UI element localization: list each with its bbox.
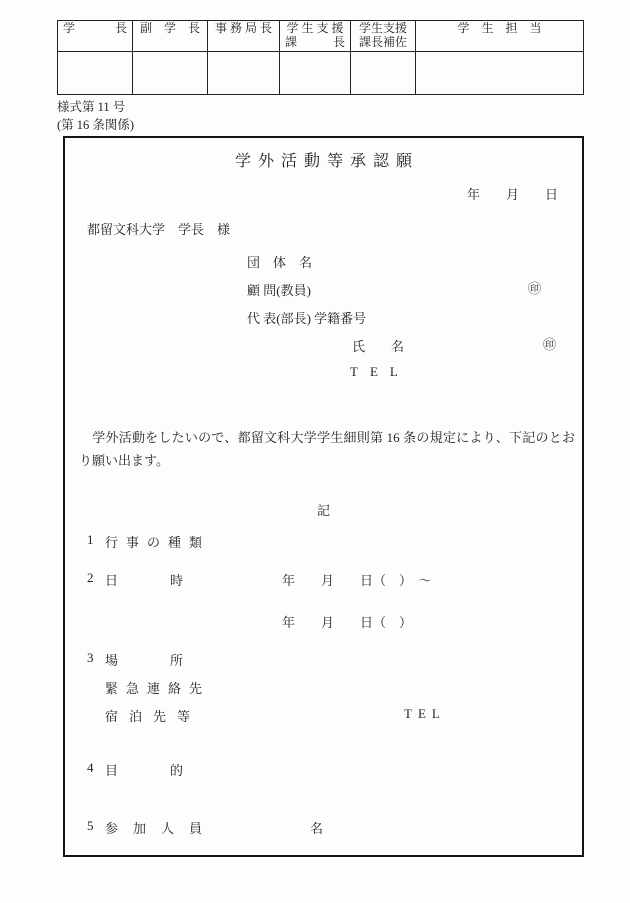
- body-paragraph: 学外活動をしたいので、都留文科大学学生細則第 16 条の規定により、下記のとおり…: [79, 426, 575, 472]
- item-4-label: 目 的: [105, 760, 183, 779]
- item-5-label: 参加人員: [105, 818, 217, 837]
- header-student-support-line2-left: 課: [285, 36, 297, 50]
- addressee-line: 都留文科大学 学長 様: [87, 219, 230, 238]
- form-number: 様式第 11 号: [57, 97, 125, 115]
- header-vice-president-label: 副 学 長: [136, 22, 204, 36]
- approval-stamp-table: 学 長 副 学 長 事 務 局 長 学 生 支 援 課 長 学生支援 課長補佐: [57, 20, 584, 95]
- header-student-staff-label: 学 生 担 当: [419, 22, 580, 36]
- seal-mark-name: ㊞: [543, 334, 556, 353]
- item-5-unit: 名: [310, 818, 323, 837]
- item-2-date-from: 年 月 日（ ） ～: [282, 570, 432, 589]
- header-cell-student-staff: 学 生 担 当: [416, 21, 584, 52]
- stamp-cell-assistant-chief: [351, 51, 416, 94]
- item-2-number: 2: [87, 570, 94, 586]
- header-student-support-line2-right: 長: [333, 36, 345, 50]
- header-president-right: 長: [115, 22, 127, 36]
- stamp-cell-student-staff: [416, 51, 584, 94]
- field-name: 氏 名: [352, 336, 404, 355]
- seal-mark-advisor: ㊞: [528, 278, 541, 297]
- header-cell-assistant-chief: 学生支援 課長補佐: [351, 21, 416, 52]
- item-3-label: 場 所: [105, 650, 183, 669]
- header-assistant-chief-line2: 課長補佐: [354, 36, 412, 50]
- header-cell-student-support-chief: 学 生 支 援 課 長: [280, 21, 351, 52]
- item-2-date-to: 年 月 日（ ）: [282, 612, 412, 631]
- item-3-emergency-contact: 緊急連絡先: [105, 678, 210, 697]
- header-president-left: 学: [63, 22, 75, 36]
- form-title: 学外活動等承認願: [65, 148, 582, 171]
- header-admin-director-label: 事 務 局 長: [211, 22, 276, 36]
- stamp-table-blank-row: [58, 51, 584, 94]
- field-group-name: 団 体 名: [247, 252, 312, 271]
- item-3-number: 3: [87, 650, 94, 666]
- article-reference: (第 16 条関係): [57, 115, 134, 133]
- stamp-cell-vice-president: [133, 51, 208, 94]
- item-4-number: 4: [87, 760, 94, 776]
- date-line: 年 月 日: [467, 184, 558, 203]
- stamp-table-header-row: 学 長 副 学 長 事 務 局 長 学 生 支 援 課 長 学生支援 課長補佐: [58, 21, 584, 52]
- header-student-support-line1: 学 生 支 援: [283, 22, 347, 36]
- header-cell-president: 学 長: [58, 21, 133, 52]
- item-3-lodging: 宿泊先等: [105, 706, 201, 725]
- item-1-number: 1: [87, 532, 94, 548]
- field-representative: 代 表(部長) 学籍番号: [247, 308, 366, 327]
- header-cell-admin-director: 事 務 局 長: [208, 21, 280, 52]
- stamp-cell-admin-director: [208, 51, 280, 94]
- header-assistant-chief-line1: 学生支援: [354, 22, 412, 36]
- field-tel: TEL: [350, 364, 410, 380]
- header-cell-vice-president: 副 学 長: [133, 21, 208, 52]
- field-advisor: 顧 問(教員): [247, 280, 311, 299]
- form-box: 学外活動等承認願 年 月 日 都留文科大学 学長 様 団 体 名 顧 問(教員)…: [63, 136, 584, 857]
- item-5-number: 5: [87, 818, 94, 834]
- item-3-tel: TEL: [404, 706, 446, 722]
- ki-heading: 記: [65, 500, 582, 519]
- item-2-label: 日 時: [105, 570, 183, 589]
- stamp-cell-student-support-chief: [280, 51, 351, 94]
- item-1-label: 行事の種類: [105, 532, 210, 551]
- stamp-cell-president: [58, 51, 133, 94]
